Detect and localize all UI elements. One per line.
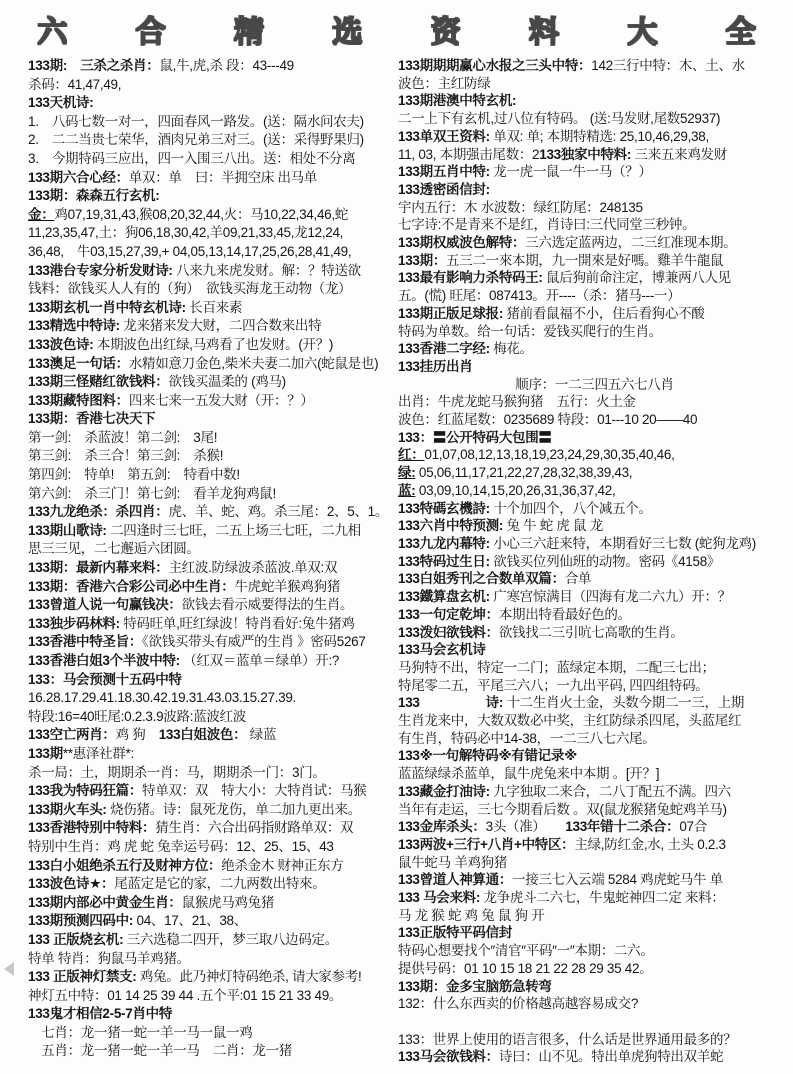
text-segment: 鼠,牛,虎,杀 段：43---49 xyxy=(159,58,293,73)
text-segment: 133正版特平码信封 xyxy=(398,925,512,940)
text-segment: 欲钱买温柔的 (鸡马) xyxy=(168,374,285,389)
text-segment: 133 正版烧玄机: xyxy=(28,932,123,947)
text-segment: 133马会玄机诗 xyxy=(398,642,486,657)
text-line: 133波色诗: 本期波色出红绿,马鸡看了也发财。(开？) xyxy=(28,336,392,355)
text-segment: 133：〓公开特码大包围〓 xyxy=(398,430,552,445)
text-segment: 133期港澳中特玄机: xyxy=(398,93,516,108)
text-segment: 133澳足一句话： xyxy=(28,356,129,371)
text-segment: 七肖：龙一猪一蛇一羊一马一鼠一鸡 xyxy=(28,1025,252,1040)
text-segment: 五肖：龙一猪一蛇一羊一马 二肖：龙一猪 xyxy=(28,1043,292,1058)
text-segment: 三六选稳二四开，梦三取八边码定。 xyxy=(123,932,338,947)
text-segment: 鸡07,19,31,43,猴08,20,32,44,火：马10,22,34,46… xyxy=(54,207,348,222)
text-segment: 133曾道人说一句赢钱决： xyxy=(28,597,182,612)
text-line: 133：马会预测十五码中特 xyxy=(28,671,392,690)
text-line: 第四剑: 特单! 第五剑: 特看中数! xyxy=(28,466,392,485)
text-segment: 133期期期赢心水报之三头中特： xyxy=(398,58,591,73)
text-segment: 本期波色出红绿,马鸡看了也发财。(开？) xyxy=(93,337,333,352)
text-segment: 本期出特看最好色的。 xyxy=(499,607,631,622)
scan-artifact-triangle-icon xyxy=(4,962,14,976)
text-segment: 2. 二二当贵七荣华，酒肉兄弟三对三。(送：采得野果归) xyxy=(28,132,364,147)
text-segment: 蓝: xyxy=(398,483,415,498)
text-segment: 142三行中特：木、土、水 xyxy=(591,58,745,73)
text-segment: 133期: xyxy=(28,58,67,73)
text-line: 133 诗: 十二生肖火土金，头数今期二一三，上期 xyxy=(398,694,791,712)
text-segment: 十个加四个，八个减五个。 xyxy=(490,501,652,516)
text-segment: 133：马会预测十五码中特 xyxy=(28,672,182,687)
text-segment: 133单双王资料: xyxy=(398,129,490,144)
text-segment: 十二生肖火土金，头数今期二一三，上期 xyxy=(503,695,744,710)
text-segment: 133※一句解特码※有错记录※ xyxy=(398,748,577,763)
text-line: 七字诗:不是青来不是红，肖诗曰:三代同堂三秒钟。 xyxy=(398,216,791,234)
text-segment: 133两波+三行+八肖+中特区： xyxy=(398,837,574,852)
text-line: 133期：五三二一來本期，九一開來是好嗎。雞羊牛龍鼠 xyxy=(398,252,791,270)
text-segment: 133泼妇欲钱料： xyxy=(398,625,499,640)
text-segment: 鸡兔。此乃神灯特码绝杀, 请大家参考! xyxy=(136,969,361,984)
text-segment: 欲钱去看示威要得法的生肖。 xyxy=(182,597,354,612)
text-segment: 当年有走运，三七今期看后数 。双(鼠龙猴猪兔蛇鸡羊马) xyxy=(398,802,727,817)
text-line: 133 马会来料: 龙争虎斗二六七，牛鬼蛇神四二定 来料： xyxy=(398,889,791,907)
text-line: 宇内五行：木 水波数：绿红防尾：248135 xyxy=(398,199,791,217)
text-segment: 133一句定乾坤： xyxy=(398,607,499,622)
text-line: 特单 特肖：狗鼠马羊鸡猪。 xyxy=(28,950,392,969)
text-line: 133九龙绝杀：杀四肖：虎、羊、蛇、鸡。杀三尾：2、5、1。 xyxy=(28,503,392,522)
text-line: 133泼妇欲钱料：欲钱找二三引吭七高歌的生肖。 xyxy=(398,624,791,642)
text-line: 133香港中特圣旨：《欲钱买带头有威严的生肖 》密码5267 xyxy=(28,633,392,652)
text-segment: 特码为单数。给一句话：爱钱买爬行的生肖。 xyxy=(398,324,662,339)
text-line: 133空亡两肖：鸡 狗 133白姐波色： 绿蓝 xyxy=(28,726,392,745)
text-segment: 133特码过生日: xyxy=(398,554,490,569)
text-segment: 1. 八码七数一对一，四面春风一路发。(送：隔水问农夫) xyxy=(28,114,364,129)
text-segment: 133期五肖中特: xyxy=(398,164,490,179)
text-segment: 牛虎蛇羊猴鸡狗猪 xyxy=(234,579,340,594)
text-line: 133特碼玄機詩: 十个加四个，八个减五个。 xyxy=(398,500,791,518)
text-segment: 133 正版神灯禁支: xyxy=(28,969,136,984)
text-line: 133波色诗★：尾蓝定是它的家，二九两数出特來。 xyxy=(28,875,392,894)
text-line: 133香港二字经: 梅花。 xyxy=(398,340,791,358)
text-segment: 主绿,防红金,水, 土头 0.2.3 xyxy=(574,837,725,852)
text-segment: 三六选定蓝两边，二三红准现本期。 xyxy=(525,235,736,250)
text-segment: 133特碼玄機詩: xyxy=(398,501,490,516)
text-segment: 九字独取二来合，二八丁配五不满。四六 xyxy=(490,784,731,799)
text-segment: 鸡 狗 xyxy=(116,727,159,742)
text-line: 133期：金多宝脑筋急转弯 xyxy=(398,978,791,996)
text-segment: 猜生肖：六合出码指财路单双：双 xyxy=(155,820,353,835)
text-line: 133 正版神灯禁支: 鸡兔。此乃神灯特码绝杀, 请大家参考! xyxy=(28,968,392,987)
text-segment: 绿: xyxy=(398,465,415,480)
text-line: 133两波+三行+八肖+中特区：主绿,防红金,水, 土头 0.2.3 xyxy=(398,836,791,854)
text-segment: 有生肖，特码必中14-38，一二三八七六尾。 xyxy=(398,731,655,746)
text-segment: 133我为特码狂篇： xyxy=(28,783,142,798)
text-segment: 133年错十二杀合： xyxy=(565,819,679,834)
text-segment: 龙争虎斗二六七，牛鬼蛇神四二定 来料： xyxy=(480,890,725,905)
text-segment: 132：什么东西卖的价格越高越容易成交? xyxy=(398,996,638,1011)
text-segment: 133期六合心经： xyxy=(28,170,129,185)
text-segment: 欲钱找二三引吭七高歌的生肖。 xyxy=(499,625,684,640)
text-segment: 单双：单 曰：半拥空床 出马单 xyxy=(129,170,317,185)
text-segment: 133白姐秀刊之合数单双篇： xyxy=(398,571,565,586)
text-line: 133白小姐绝杀五行及财神方位：绝杀金木 财神正东方 xyxy=(28,857,392,876)
text-line: 133澳足一句话：水精如意刀金色,柴米夫妻二加六(蛇鼠是也) xyxy=(28,355,392,374)
text-line: 绿: 05,06,11,17,21,22,27,28,32,38,39,43, xyxy=(398,464,791,482)
text-line: 133期五肖中特: 龙一虎一鼠一牛一马（？） xyxy=(398,163,791,181)
text-line: 133天机诗: xyxy=(28,94,392,113)
text-segment: 小心三六赶来特，本期看好三七数 (蛇狗龙鸡) xyxy=(490,536,756,551)
text-segment: 顺序：一二三四五六七八肖 xyxy=(515,377,673,392)
text-line: 133九龙内幕特: 小心三六赶来特，本期看好三七数 (蛇狗龙鸡) xyxy=(398,535,791,553)
text-line: 提供号码：01 10 15 18 21 22 28 29 35 42。 xyxy=(398,960,791,978)
text-line: 133曾道人神算通：一接三七入云端 5284 鸡虎蛇马牛 单 xyxy=(398,871,791,889)
text-segment: 133九龙内幕特: xyxy=(398,536,490,551)
text-segment: 《欲钱买带头有威严的生肖 》密码5267 xyxy=(142,634,366,649)
text-segment: 3. 今期特码三应出，四一入围三八出。送：相处不分离 xyxy=(28,151,355,166)
text-line: 133期权威波色解特：三六选定蓝两边，二三红准现本期。 xyxy=(398,234,791,252)
text-line: 133期三怪赌红欲钱料：欲钱买温柔的 (鸡马) xyxy=(28,373,392,392)
text-line: 133期期期赢心水报之三头中特：142三行中特：木、土、水 xyxy=(398,57,791,75)
text-line: 钱料：欲钱买人人有的（狗） 欲钱买海龙王动物（龙） xyxy=(28,280,392,299)
text-line: 特码心想要找个″清官″平码″一″本期：二六。 xyxy=(398,942,791,960)
text-segment: 欲钱买位列仙班的动物。密码《4158》 xyxy=(490,554,720,569)
text-segment: 133期山歌诗: xyxy=(28,523,107,538)
text-line: 133期正版足球报: 猪前看鼠福不小，住后看狗心不酸 xyxy=(398,305,791,323)
text-line: 133：世界上使用的语言很多，什么话是世界通用最多的？ xyxy=(398,1031,791,1049)
text-line: 133鬼才相信2-5-7肖中特 xyxy=(28,1005,392,1024)
text-segment: 133香港中特圣旨： xyxy=(28,634,142,649)
text-segment: 16.28.17.29.41.18.30.42.19.31.43.03.15.2… xyxy=(28,690,296,705)
text-segment: 133期藏特图料： xyxy=(28,393,129,408)
text-segment: 猪前看鼠福不小，住后看狗心不酸 xyxy=(503,306,704,321)
text-segment: 133期 xyxy=(28,746,63,761)
text-line: 特码为单数。给一句话：爱钱买爬行的生肖。 xyxy=(398,323,791,341)
text-line xyxy=(398,1013,791,1031)
text-line: 有生肖，特码必中14-38，一二三八七六尾。 xyxy=(398,730,791,748)
text-line: 133期六合心经：单双：单 曰：半拥空床 出马单 xyxy=(28,169,392,188)
text-line: 特尾零二五，平尾三六八；一九出平码, 四四组特码。 xyxy=(398,677,791,695)
text-line: 133六肖中特预测: 兔 牛 蛇 虎 鼠 龙 xyxy=(398,517,791,535)
text-line: 133透密函信封: xyxy=(398,181,791,199)
text-line: 133马会欲钱料：诗曰：山不见。特出单虎狗特出双羊蛇 xyxy=(398,1048,791,1066)
text-line: 顺序：一二三四五六七八肖 xyxy=(398,376,791,394)
page-title: 六 合 精 选 资 料 大 全 xyxy=(7,7,785,51)
text-segment: 七字诗:不是青来不是红，肖诗曰:三代同堂三秒钟。 xyxy=(398,217,695,232)
text-segment: 133期：香港六合彩公司必中生肖： xyxy=(28,579,234,594)
text-segment: 3头（准） xyxy=(486,819,566,834)
text-segment: 特段:16=40旺尾:0.2.3.9波路:蓝波红波 xyxy=(28,709,246,724)
text-segment: 特码旺单,旺红绿波！特肖看好:兔牛猪鸡 xyxy=(120,616,355,631)
text-line: 133期火车头: 烧伤猪。诗：鼠死龙伤，单二加九更出来。 xyxy=(28,801,392,820)
text-line: 133白姐秀刊之合数单双篇：合单 xyxy=(398,570,791,588)
text-line: 133期：香港六合彩公司必中生肖：牛虎蛇羊猴鸡狗猪 xyxy=(28,578,392,597)
text-line: 133正版特平码信封 xyxy=(398,924,791,942)
text-line: 133马会玄机诗 xyxy=(398,641,791,659)
text-line: 金：鸡07,19,31,43,猴08,20,32,44,火：马10,22,34,… xyxy=(28,206,392,225)
text-line: 133曾道人说一句赢钱决：欲钱去看示威要得法的生肖。 xyxy=(28,596,392,615)
text-segment: 鼠猴虎马鸡兔猪 xyxy=(182,895,274,910)
text-segment: 133金库杀头： xyxy=(398,819,486,834)
text-line: 马狗特不出，特定一二门；蓝绿定本期，二配三七出； xyxy=(398,659,791,677)
text-line: 133期: 三杀之杀肖：鼠,牛,虎,杀 段：43---49 xyxy=(28,57,392,76)
text-segment: 龙一虎一鼠一牛一马（？） xyxy=(490,164,652,179)
text-line: 出肖：牛虎龙蛇马猴狗猪 五行：火土金 xyxy=(398,393,791,411)
text-segment: 133期内部必中黄金生肖： xyxy=(28,895,182,910)
text-segment: 梅花。 xyxy=(490,341,533,356)
text-segment: 133六肖中特预测: xyxy=(398,518,503,533)
text-segment: 05,06,11,17,21,22,27,28,32,38,39,43, xyxy=(415,465,632,480)
text-segment: 二四逢时三七旺，二五上场三七旺，二九相 xyxy=(107,523,361,538)
text-line: 133 正版烧玄机: 三六选稳二四开，梦三取八边码定。 xyxy=(28,931,392,950)
text-line: 波色：红蓝尾数：0235689 特段：01---10 20——40 xyxy=(398,411,791,429)
text-line: 133单双王资料: 单双: 单; 本期特精选: 25,10,46,29,38, xyxy=(398,128,791,146)
text-segment: 四来七来一五发大财（开：？） xyxy=(129,393,314,408)
text-segment: 五三二一來本期，九一開來是好嗎。雞羊牛龍鼠 xyxy=(446,253,723,268)
text-segment: 提供号码：01 10 15 18 21 22 28 29 35 42。 xyxy=(398,961,652,976)
text-segment: 133独步码林料: xyxy=(28,616,120,631)
text-segment: 133曾道人神算通： xyxy=(398,872,512,887)
text-segment: 03,09,10,14,15,20,26,31,36,37,42, xyxy=(415,483,615,498)
text-segment: 合单 xyxy=(565,571,591,586)
text-segment: 单双: 单; 本期特精选: 25,10,46,29,38, xyxy=(490,129,709,144)
text-segment: 01,07,08,12,13,18,19,23,24,29,30,35,40,4… xyxy=(424,447,674,462)
text-segment: 133天机诗: xyxy=(28,95,93,110)
text-line: 133※一句解特码※有错记录※ xyxy=(398,747,791,765)
text-line: 133我为特码狂篇：特单双：双 特大小：大特肖试：马猴 xyxy=(28,782,392,801)
text-segment xyxy=(67,58,80,73)
text-line: 133期：森森五行玄机: xyxy=(28,187,392,206)
text-line: 133期：香港七决天下 xyxy=(28,410,392,429)
text-segment: 特码心想要找个″清官″平码″一″本期：二六。 xyxy=(398,943,654,958)
text-segment: 133期：最新内幕来料： xyxy=(28,560,168,575)
text-line: 133香港特别中特料：猜生肖：六合出码指财路单双：双 xyxy=(28,819,392,838)
lottery-info-sheet: 六 合 精 选 资 料 大 全 133期: 三杀之杀肖：鼠,牛,虎,杀 段：43… xyxy=(0,0,793,1074)
text-line: 16.28.17.29.41.18.30.42.19.31.43.03.15.2… xyxy=(28,689,392,708)
text-segment: 第三剑: 杀三合！第三剑: 杀猴! xyxy=(28,448,223,463)
text-segment: 第六剑: 杀三门！第七剑: 看羊龙狗鸡鼠! xyxy=(28,486,276,501)
text-line: 133香港白姐3个半波中特: （红双＝蓝单＝绿单）开:? xyxy=(28,652,392,671)
text-line: 生肖龙来中，大数双数必中奖，主红防绿杀四尾，头蓝尾红 xyxy=(398,712,791,730)
text-segment: 特别中生肖：鸡 虎 蛇 兔幸运号码：12、25、15、43 xyxy=(28,839,334,854)
text-segment: 133挂历出肖 xyxy=(398,359,472,374)
text-line: 133藏金打油诗: 九字独取二来合，二八丁配五不满。四六 xyxy=(398,783,791,801)
text-segment: 133香港白姐3个半波中特: xyxy=(28,653,180,668)
text-segment: 133白姐波色： xyxy=(159,727,247,742)
text-segment: 133期：金多宝脑筋急转弯 xyxy=(398,979,552,994)
text-segment: 虎、羊、蛇、鸡。杀三尾：2、5、1。 xyxy=(168,504,388,519)
text-segment: 诗曰：山不见。特出单虎狗特出双羊蛇 xyxy=(499,1049,723,1064)
text-segment: 五。(慌) 旺尾：087413。开----（杀：猪马---一） xyxy=(398,288,680,303)
text-segment: 133透密函信封: xyxy=(398,182,490,197)
text-segment: 133波色诗★： xyxy=(28,876,114,891)
text-line: 132：什么东西卖的价格越高越容易成交? xyxy=(398,995,791,1013)
text-segment: 133白小姐绝杀五行及财神方位： xyxy=(28,858,221,873)
text-segment: 133期：香港七决天下 xyxy=(28,411,155,426)
content-columns: 133期: 三杀之杀肖：鼠,牛,虎,杀 段：43---49 杀码：41,47,4… xyxy=(0,57,793,1066)
text-segment: 出肖：牛虎龙蛇马猴狗猪 五行：火土金 xyxy=(398,394,636,409)
text-segment: 杀一局：土，期期杀一肖：马，期期杀一门：3门。 xyxy=(28,765,326,780)
text-segment: 绝杀金木 财神正东方 xyxy=(221,858,343,873)
text-segment: 07合 xyxy=(679,819,707,834)
text-line: 蓝: 03,09,10,14,15,20,26,31,36,37,42, xyxy=(398,482,791,500)
text-segment: 波色：红蓝尾数：0235689 特段：01---10 20——40 xyxy=(398,412,697,427)
text-segment: 133期火车头: xyxy=(28,802,107,817)
text-segment: 尾蓝定是它的家，二九两数出特來。 xyxy=(114,876,325,891)
text-segment: 杀码：41,47,49, xyxy=(28,77,121,92)
masthead: 六 合 精 选 资 料 大 全 xyxy=(0,0,793,57)
text-line: 杀一局：土，期期杀一肖：马，期期杀一门：3门。 xyxy=(28,764,392,783)
text-segment: 特尾零二五，平尾三六八；一九出平码, 四四组特码。 xyxy=(398,678,709,693)
text-segment: 神灯五中特：01 14 25 39 44 .五个平:01 15 21 33 49… xyxy=(28,988,342,1003)
text-line: 思三三见，二七邂逅六团圆。 xyxy=(28,540,392,559)
text-segment: 诗: xyxy=(486,695,503,710)
text-segment: 133香港二字经: xyxy=(398,341,490,356)
text-segment: 133 马会来料: xyxy=(398,890,480,905)
text-line: 133一句定乾坤：本期出特看最好色的。 xyxy=(398,606,791,624)
text-line: 五肖：龙一猪一蛇一羊一马 二肖：龙一猪 xyxy=(28,1042,392,1061)
text-segment: 蓝蓝绿绿杀蓝单，鼠牛虎兔来中本期 。[开？] xyxy=(398,766,659,781)
text-segment: 11, 03, 本期强击尾数：2 xyxy=(398,147,539,162)
text-segment: 八来九来虎发财。解：？特送欲 xyxy=(173,263,361,278)
text-segment: 烧伤猪。诗：鼠死龙伤，单二加九更出来。 xyxy=(107,802,361,817)
text-line: 36,48, 牛03,15,27,39,+ 04,05,13,14,17,25,… xyxy=(28,243,392,262)
text-segment: 三杀之杀肖： xyxy=(80,58,159,73)
text-segment: 马狗特不出，特定一二门；蓝绿定本期，二配三七出； xyxy=(398,660,715,675)
text-segment: 绿蓝 xyxy=(246,727,276,742)
text-segment: **惠泽社群*: xyxy=(63,746,134,761)
text-segment: 133期权威波色解特： xyxy=(398,235,525,250)
text-line: 杀码：41,47,49, xyxy=(28,76,392,95)
text-line: 红：01,07,08,12,13,18,19,23,24,29,30,35,40… xyxy=(398,446,791,464)
text-segment: 133马会欲钱料： xyxy=(398,1049,499,1064)
text-line: 二一上下有玄机,过八位有特码。 (送:马发财,尾数52937) xyxy=(398,110,791,128)
text-segment: 133期正版足球报: xyxy=(398,306,503,321)
text-line: 鼠牛蛇马 羊鸡狗猪 xyxy=(398,854,791,872)
text-line: 133独步码林料: 特码旺单,旺红绿波！特肖看好:兔牛猪鸡 xyxy=(28,615,392,634)
text-line: 2. 二二当贵七荣华，酒肉兄弟三对三。(送：采得野果归) xyxy=(28,131,392,150)
text-segment: 133期预测四码中: xyxy=(28,913,133,928)
text-line: 133鐵算盘玄机: 广寒宫惊满目（四海有龙二六九）开：？ xyxy=(398,588,791,606)
text-segment: 133精选中特诗: xyxy=(28,318,120,333)
text-segment: 36,48, 牛03,15,27,39,+ 04,05,13,14,17,25,… xyxy=(28,244,351,259)
text-line: 1. 八码七数一对一，四面春风一路发。(送：隔水问农夫) xyxy=(28,113,392,132)
text-line: 神灯五中特：01 14 25 39 44 .五个平:01 15 21 33 49… xyxy=(28,987,392,1006)
text-segment: 马 龙 猴 蛇 鸡 兔 鼠 狗 开 xyxy=(398,908,544,923)
text-line: 133最有影响力杀特码王: 鼠后狗前命注定，博兼两八人见 xyxy=(398,269,791,287)
text-segment: 生肖龙来中，大数双数必中奖，主红防绿杀四尾，头蓝尾红 xyxy=(398,713,741,728)
text-line: 133期港澳中特玄机: xyxy=(398,92,791,110)
text-line: 133金库杀头：3头（准） 133年错十二杀合：07合 xyxy=(398,818,791,836)
text-line: 五。(慌) 旺尾：087413。开----（杀：猪马---一） xyxy=(398,287,791,305)
text-segment: 思三三见，二七邂逅六团圆。 xyxy=(28,541,200,556)
text-segment: 133期玄机一肖中特玄机诗: xyxy=(28,300,186,315)
text-segment: 宇内五行：木 水波数：绿红防尾：248135 xyxy=(398,200,643,215)
text-line: 133期内部必中黄金生肖：鼠猴虎马鸡兔猪 xyxy=(28,894,392,913)
text-line: 133特码过生日: 欲钱买位列仙班的动物。密码《4158》 xyxy=(398,553,791,571)
text-segment: 二一上下有玄机,过八位有特码。 (送:马发财,尾数52937) xyxy=(398,111,720,126)
text-segment: 红： xyxy=(398,447,424,462)
text-segment: 133九龙绝杀：杀四肖： xyxy=(28,504,168,519)
text-line: 133挂历出肖 xyxy=(398,358,791,376)
text-line: 第三剑: 杀三合！第三剑: 杀猴! xyxy=(28,447,392,466)
text-segment: 133独家中特料: xyxy=(539,147,631,162)
text-segment: 133 xyxy=(398,695,420,710)
text-segment: 一接三七入云端 5284 鸡虎蛇马牛 单 xyxy=(512,872,723,887)
text-segment: 金： xyxy=(28,207,54,222)
text-segment: 特单 特肖：狗鼠马羊鸡猪。 xyxy=(28,951,190,966)
text-segment: 三来五来鸡发财 xyxy=(631,147,727,162)
text-line: 133期预测四码中: 04、17、21、38、 xyxy=(28,912,392,931)
text-line: 特段:16=40旺尾:0.2.3.9波路:蓝波红波 xyxy=(28,708,392,727)
text-segment: 133藏金打油诗: xyxy=(398,784,490,799)
text-segment: 鼠后狗前命注定，博兼两八人见 xyxy=(543,270,731,285)
text-line: 3. 今期特码三应出，四一入围三八出。送：相处不分离 xyxy=(28,150,392,169)
text-segment: 水精如意刀金色,柴米夫妻二加六(蛇鼠是也) xyxy=(129,356,378,371)
text-line: 11, 03, 本期强击尾数：2133独家中特料: 三来五来鸡发财 xyxy=(398,146,791,164)
text-segment: 波色：主红防绿 xyxy=(398,76,490,91)
text-segment: 主红波.防绿波杀蓝波.单双:双 xyxy=(168,560,337,575)
text-segment: （红双＝蓝单＝绿单）开:? xyxy=(180,653,339,668)
text-line: 133期：最新内幕来料：主红波.防绿波杀蓝波.单双:双 xyxy=(28,559,392,578)
text-segment: 第四剑: 特单! 第五剑: 特看中数! xyxy=(28,467,240,482)
text-segment: 133鐵算盘玄机: xyxy=(398,589,490,604)
text-line: 特别中生肖：鸡 虎 蛇 兔幸运号码：12、25、15、43 xyxy=(28,838,392,857)
text-segment: 133港台专家分析发财诗: xyxy=(28,263,173,278)
text-segment: 133最有影响力杀特码王: xyxy=(398,270,543,285)
text-line: 11,23,35,47,土：狗06,18,30,42,羊09,21,33,45,… xyxy=(28,224,392,243)
text-line: 马 龙 猴 蛇 鸡 兔 鼠 狗 开 xyxy=(398,907,791,925)
text-line: 133期**惠泽社群*: xyxy=(28,745,392,764)
text-segment: 133期三怪赌红欲钱料： xyxy=(28,374,168,389)
text-segment: 兔 牛 蛇 虎 鼠 龙 xyxy=(503,518,603,533)
text-segment: 133香港特别中特料： xyxy=(28,820,155,835)
text-segment: 鼠牛蛇马 羊鸡狗猪 xyxy=(398,855,507,870)
right-column: 133期期期赢心水报之三头中特：142三行中特：木、土、水 波色：主红防绿 13… xyxy=(394,57,793,1066)
text-segment: 133波色诗: xyxy=(28,337,93,352)
text-line: 133港台专家分析发财诗: 八来九来虎发财。解：？特送欲 xyxy=(28,262,392,281)
text-line: 133期藏特图料：四来七来一五发大财（开：？） xyxy=(28,392,392,411)
text-segment: 第一剑: 杀蓝波！第二剑: 3尾! xyxy=(28,430,217,445)
text-segment: 133鬼才相信2-5-7肖中特 xyxy=(28,1006,172,1021)
text-segment xyxy=(420,695,486,710)
text-segment: 04、17、21、38、 xyxy=(133,913,247,928)
text-segment: 133：世界上使用的语言很多，什么话是世界通用最多的？ xyxy=(398,1032,736,1047)
text-segment: 133期： xyxy=(398,253,446,268)
text-segment: 特单双：双 特大小：大特肖试：马猴 xyxy=(142,783,366,798)
text-line: 第一剑: 杀蓝波！第二剑: 3尾! xyxy=(28,429,392,448)
text-segment: 长百来素 xyxy=(186,300,242,315)
text-line: 133精选中特诗: 龙来猪来发大财，二四合数来出特 xyxy=(28,317,392,336)
text-line: 七肖：龙一猪一蛇一羊一马一鼠一鸡 xyxy=(28,1024,392,1043)
text-line: 133期山歌诗: 二四逢时三七旺，二五上场三七旺，二九相 xyxy=(28,522,392,541)
text-segment: 11,23,35,47,土：狗06,18,30,42,羊09,21,33,45,… xyxy=(28,225,343,240)
text-segment: 133空亡两肖： xyxy=(28,727,116,742)
text-line: 133期玄机一肖中特玄机诗: 长百来素 xyxy=(28,299,392,318)
text-segment: 广寒宫惊满目（四海有龙二六九）开：？ xyxy=(490,589,731,604)
text-segment: 龙来猪来发大财，二四合数来出特 xyxy=(120,318,321,333)
text-segment: 钱料：欲钱买人人有的（狗） 欲钱买海龙王动物（龙） xyxy=(28,281,351,296)
text-line: 蓝蓝绿绿杀蓝单，鼠牛虎兔来中本期 。[开？] xyxy=(398,765,791,783)
left-column: 133期: 三杀之杀肖：鼠,牛,虎,杀 段：43---49 杀码：41,47,4… xyxy=(0,57,394,1061)
text-line: 当年有走运，三七今期看后数 。双(鼠龙猴猪兔蛇鸡羊马) xyxy=(398,801,791,819)
text-line: 第六剑: 杀三门！第七剑: 看羊龙狗鸡鼠! xyxy=(28,485,392,504)
text-segment: 133期：森森五行玄机: xyxy=(28,188,159,203)
text-line: 波色：主红防绿 xyxy=(398,75,791,93)
text-line: 133：〓公开特码大包围〓 xyxy=(398,429,791,447)
